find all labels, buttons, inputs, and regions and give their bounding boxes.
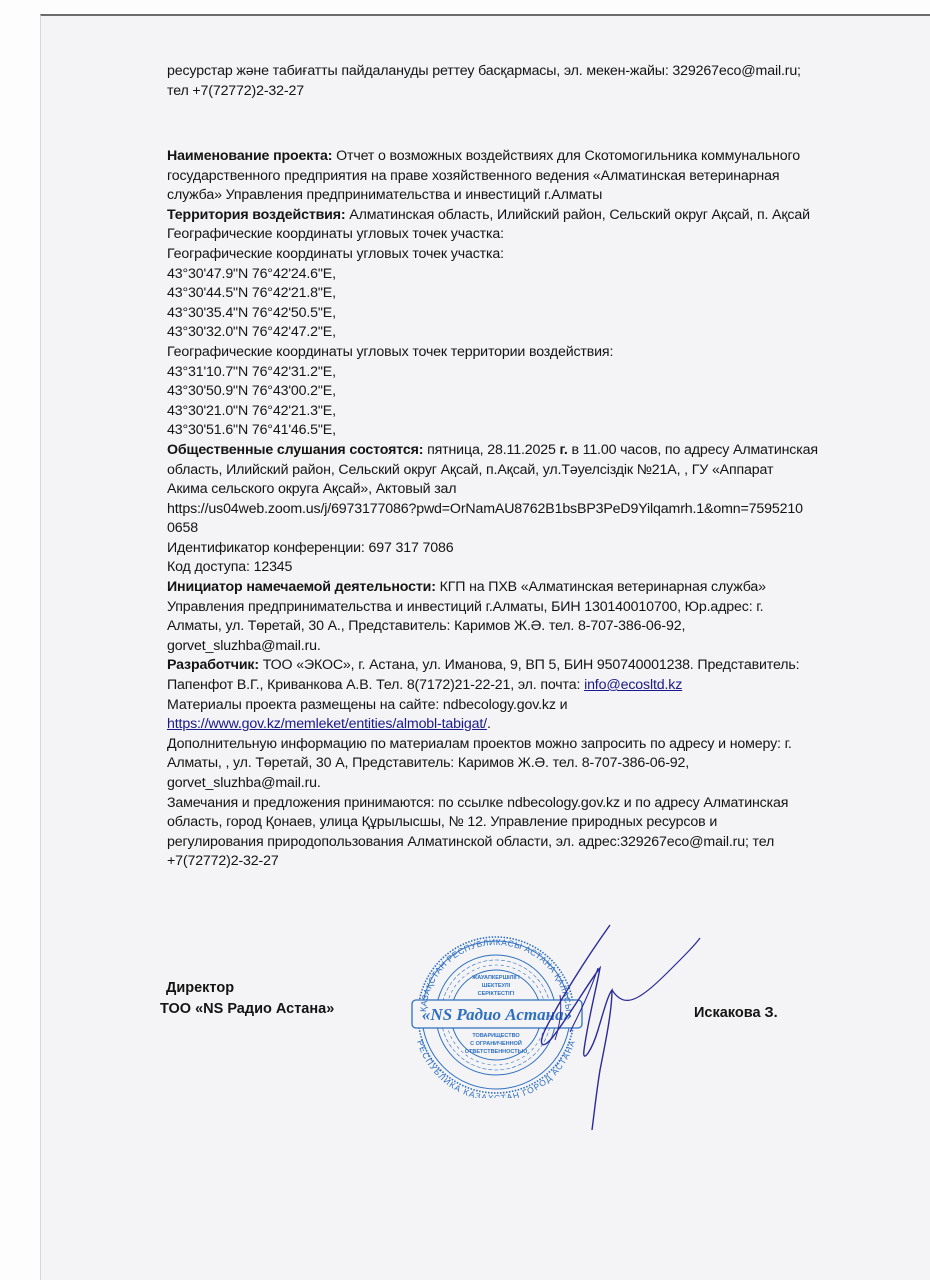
project-name-line: Наименование проекта: Отчет о возможных … bbox=[167, 147, 877, 167]
remarks-line: +7(72772)2-32-27 bbox=[167, 852, 877, 872]
coords-heading: Географические координаты угловых точек … bbox=[167, 245, 877, 265]
additional-info-line: Алматы, , ул. Төретай, 30 А, Представите… bbox=[167, 754, 877, 774]
site-coordinate: 43°30'32.0"N 76°42'47.2"E, bbox=[167, 323, 877, 343]
materials-url-suffix: . bbox=[487, 716, 491, 732]
initiator-name: КГП на ПХВ «Алматинская ветеринарная слу… bbox=[436, 579, 766, 595]
impact-coordinate: 43°30'50.9"N 76°43'00.2"E, bbox=[167, 382, 877, 402]
impact-coordinate: 43°31'10.7"N 76°42'31.2"E, bbox=[167, 363, 877, 383]
developer-line: Папенфот В.Г., Криванкова А.В. Тел. 8(71… bbox=[167, 676, 877, 696]
developer-label: Разработчик: bbox=[167, 657, 259, 673]
hearings-venue: Акима сельского округа Ақсай», Актовый з… bbox=[167, 480, 877, 500]
hearings-date: пятница, 28.11.2025 bbox=[423, 442, 559, 458]
additional-info-line: Дополнительную информацию по материалам … bbox=[167, 735, 877, 755]
header-line: тел +7(72772)2-32-27 bbox=[167, 82, 877, 102]
developer-line: Разработчик: ТОО «ЭКОС», г. Астана, ул. … bbox=[167, 656, 877, 676]
hearings-label: Общественные слушания состоятся: bbox=[167, 442, 423, 458]
site-coordinate: 43°30'44.5"N 76°42'21.8"E, bbox=[167, 284, 877, 304]
hearings-year-suffix: г. bbox=[560, 442, 568, 458]
impact-coordinate: 43°30'51.6"N 76°41'46.5"E, bbox=[167, 421, 877, 441]
access-code: Код доступа: 12345 bbox=[167, 558, 877, 578]
territory-label: Территория воздействия: bbox=[167, 207, 345, 223]
initiator-email: gorvet_sluzhba@mail.ru. bbox=[167, 637, 877, 657]
developer-name: ТОО «ЭКОС», г. Астана, ул. Иманова, 9, В… bbox=[259, 657, 799, 673]
territory-value: Алматинская область, Илийский район, Сел… bbox=[345, 207, 809, 223]
territory-line: Территория воздействия: Алматинская обла… bbox=[167, 206, 877, 226]
remarks-line: Замечания и предложения принимаются: по … bbox=[167, 794, 877, 814]
hearings-line: Общественные слушания состоятся: пятница… bbox=[167, 441, 877, 461]
remarks-line: регулирования природопользования Алматин… bbox=[167, 833, 877, 853]
site-coordinate: 43°30'35.4"N 76°42'50.5"E, bbox=[167, 304, 877, 324]
initiator-line: Управления предпринимательства и инвести… bbox=[167, 598, 877, 618]
header-continuation: ресурстар және табиғатты пайдалануды рет… bbox=[167, 62, 877, 101]
developer-contacts: Папенфот В.Г., Криванкова А.В. Тел. 8(71… bbox=[167, 677, 584, 693]
conference-id: Идентификатор конференции: 697 317 7086 bbox=[167, 539, 877, 559]
impact-coords-heading: Географические координаты угловых точек … bbox=[167, 343, 877, 363]
initiator-label: Инициатор намечаемой деятельности: bbox=[167, 579, 436, 595]
additional-info-line: gorvet_sluzhba@mail.ru. bbox=[167, 774, 877, 794]
hearings-address: область, Илийский район, Сельский округ … bbox=[167, 461, 877, 481]
developer-email-link[interactable]: info@ecosltd.kz bbox=[584, 677, 682, 693]
site-coordinate: 43°30'47.9"N 76°42'24.6"E, bbox=[167, 265, 877, 285]
coords-heading: Географические координаты угловых точек … bbox=[167, 225, 877, 245]
hearings-time: в 11.00 часов, по адресу Алматинская bbox=[568, 442, 818, 458]
materials-url-link[interactable]: https://www.gov.kz/memleket/entities/alm… bbox=[167, 716, 487, 732]
project-name-label: Наименование проекта: bbox=[167, 148, 332, 164]
remarks-line: область, город Қонаев, улица Құрылысшы, … bbox=[167, 813, 877, 833]
project-name-line: служба» Управления предпринимательства и… bbox=[167, 186, 877, 206]
materials-line: Материалы проекта размещены на сайте: nd… bbox=[167, 696, 877, 716]
document-body: Наименование проекта: Отчет о возможных … bbox=[167, 147, 877, 872]
initiator-line: Инициатор намечаемой деятельности: КГП н… bbox=[167, 578, 877, 598]
impact-coordinate: 43°30'21.0"N 76°42'21.3"E, bbox=[167, 402, 877, 422]
header-line: ресурстар және табиғатты пайдалануды рет… bbox=[167, 62, 877, 82]
initiator-line: Алматы, ул. Төретай, 30 А., Представител… bbox=[167, 617, 877, 637]
project-name-text: Отчет о возможных воздействиях для Ското… bbox=[332, 148, 800, 164]
company-name: ТОО «NS Радио Астана» bbox=[160, 999, 334, 1019]
zoom-link-continued[interactable]: 0658 bbox=[167, 519, 877, 539]
materials-url-line: https://www.gov.kz/memleket/entities/alm… bbox=[167, 715, 877, 735]
zoom-link[interactable]: https://us04web.zoom.us/j/6973177086?pwd… bbox=[167, 500, 877, 520]
project-name-line: государственного предприятия на праве хо… bbox=[167, 167, 877, 187]
director-title: Директор bbox=[166, 978, 234, 998]
handwritten-signature-icon bbox=[500, 920, 750, 1130]
